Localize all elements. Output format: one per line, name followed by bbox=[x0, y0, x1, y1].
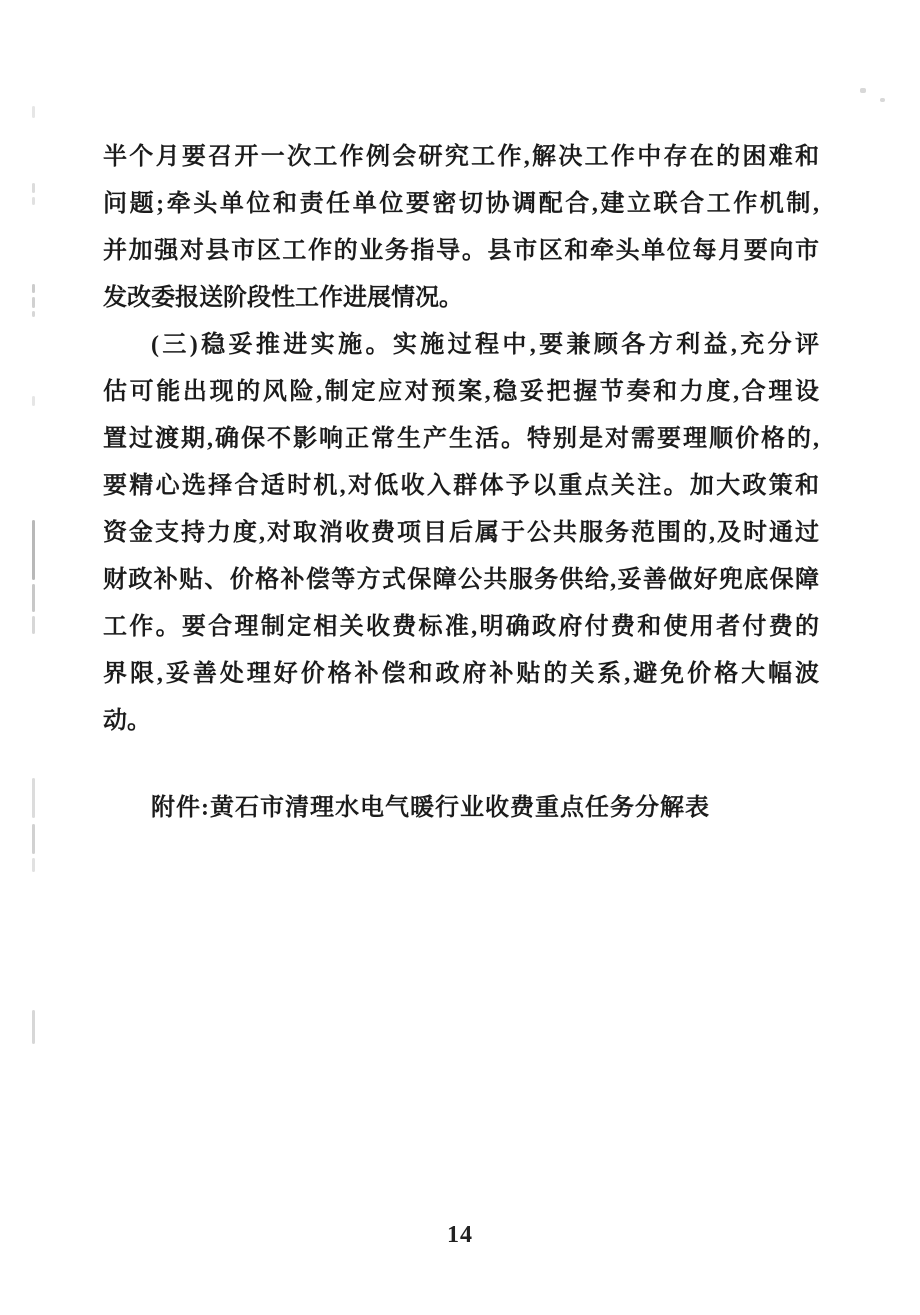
paragraph-line: (三)稳妥推进实施。实施过程中,要兼顾各方利益,充分评 bbox=[103, 322, 819, 369]
paragraph-line: 半个月要召开一次工作例会研究工作,解决工作中存在的困难和 bbox=[103, 134, 819, 181]
scan-artifact bbox=[32, 297, 35, 308]
scan-artifact bbox=[32, 197, 35, 205]
paragraph-line: 置过渡期,确保不影响正常生产生活。特别是对需要理顺价格的, bbox=[103, 416, 819, 463]
paragraph-line: 发改委报送阶段性工作进展情况。 bbox=[103, 275, 819, 322]
scan-artifact bbox=[32, 106, 35, 118]
paragraph-line: 要精心选择合适时机,对低收入群体予以重点关注。加大政策和 bbox=[103, 463, 819, 510]
scan-artifact bbox=[32, 396, 35, 406]
scan-artifact bbox=[32, 616, 35, 634]
scan-speck bbox=[880, 98, 885, 102]
scan-artifact bbox=[32, 183, 35, 193]
attachment-line: 附件:黄石市清理水电气暖行业收费重点任务分解表 bbox=[103, 785, 819, 832]
paragraph-line: 财政补贴、价格补偿等方式保障公共服务供给,妥善做好兜底保障 bbox=[103, 557, 819, 604]
scanned-document-page: 半个月要召开一次工作例会研究工作,解决工作中存在的困难和 问题;牵头单位和责任单… bbox=[0, 0, 920, 1315]
body-text: 半个月要召开一次工作例会研究工作,解决工作中存在的困难和 问题;牵头单位和责任单… bbox=[103, 134, 819, 745]
scan-artifact bbox=[32, 778, 35, 818]
paragraph-line: 动。 bbox=[103, 698, 819, 745]
paragraph-line: 问题;牵头单位和责任单位要密切协调配合,建立联合工作机制, bbox=[103, 181, 819, 228]
paragraph-line: 估可能出现的风险,制定应对预案,稳妥把握节奏和力度,合理设 bbox=[103, 369, 819, 416]
scan-artifact bbox=[32, 284, 35, 293]
scan-artifact bbox=[32, 824, 35, 854]
scan-speck bbox=[860, 88, 866, 93]
scan-artifact bbox=[32, 1010, 35, 1044]
scan-artifact bbox=[32, 520, 35, 580]
paragraph-line: 资金支持力度,对取消收费项目后属于公共服务范围的,及时通过 bbox=[103, 510, 819, 557]
scan-artifact bbox=[32, 311, 35, 317]
scan-artifact bbox=[32, 584, 35, 612]
paragraph-line: 工作。要合理制定相关收费标准,明确政府付费和使用者付费的 bbox=[103, 604, 819, 651]
scan-artifact bbox=[32, 858, 35, 872]
paragraph-line: 并加强对县市区工作的业务指导。县市区和牵头单位每月要向市 bbox=[103, 228, 819, 275]
page-number: 14 bbox=[0, 1222, 920, 1249]
paragraph-line: 界限,妥善处理好价格补偿和政府补贴的关系,避免价格大幅波 bbox=[103, 651, 819, 698]
